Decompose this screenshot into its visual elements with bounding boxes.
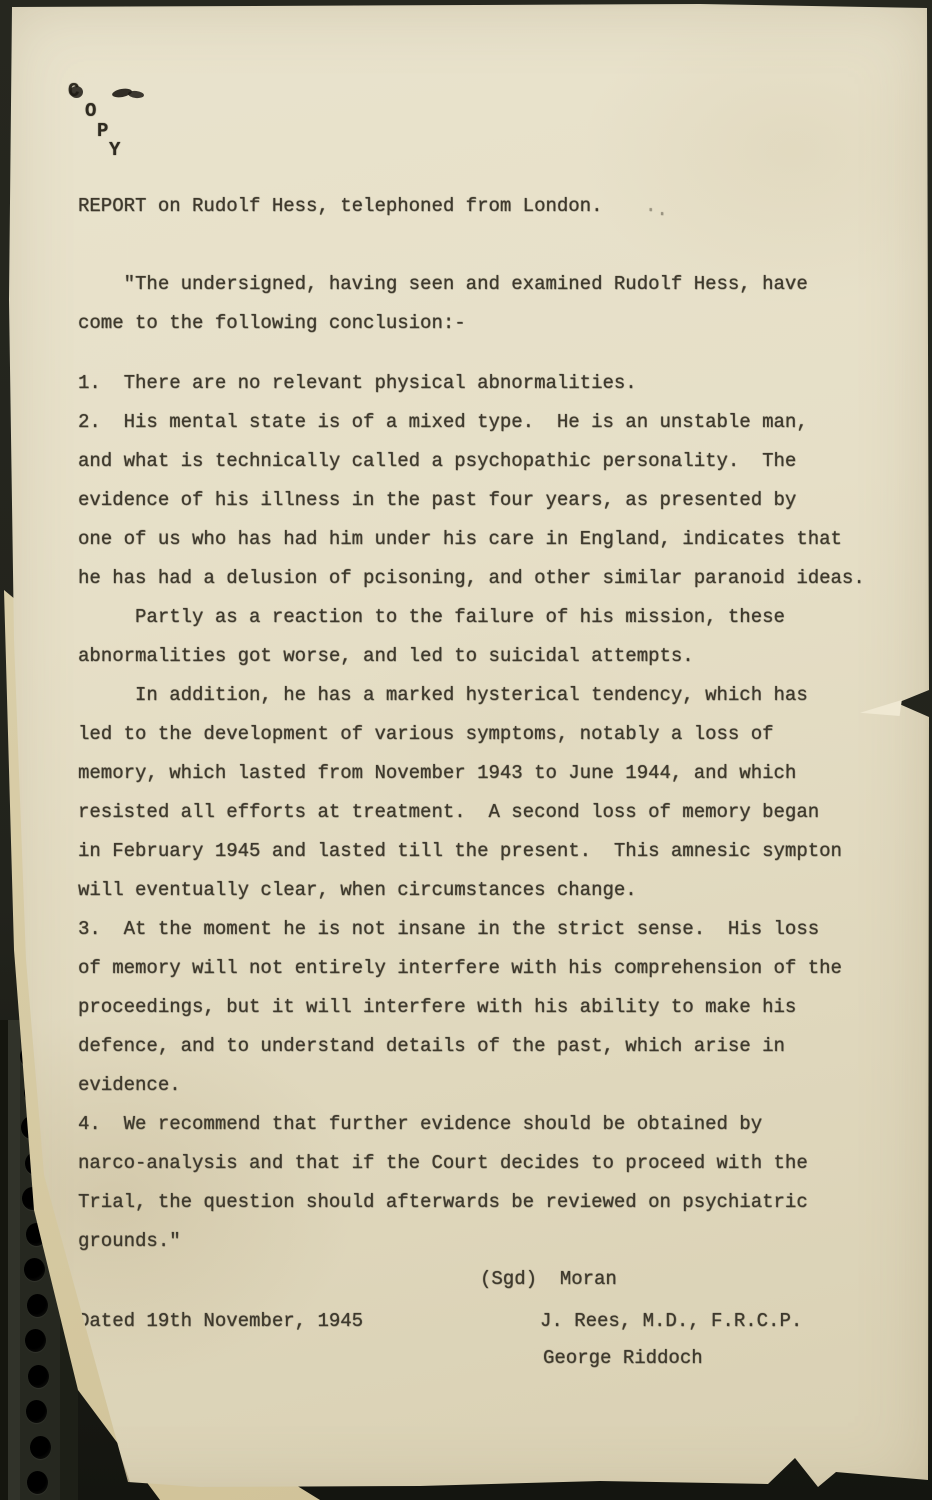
document-line: narco-analysis and that if the Court dec… <box>78 1144 898 1183</box>
document-line: abnormalities got worse, and led to suic… <box>78 637 898 676</box>
document-title: REPORT on Rudolf Hess, telephoned from L… <box>78 195 603 217</box>
document-line: 3. At the moment he is not insane in the… <box>78 910 898 949</box>
copy-stamp-letter: Y <box>109 139 120 161</box>
binding-hole <box>26 1400 47 1423</box>
document-line: evidence. <box>78 1066 898 1105</box>
document-line: memory, which lasted from November 1943 … <box>78 754 898 793</box>
binding-hole <box>30 1436 51 1459</box>
document-line: in February 1945 and lasted till the pre… <box>78 832 898 871</box>
document-line: come to the following conclusion:- <box>78 304 898 343</box>
document-line: led to the development of various sympto… <box>78 715 898 754</box>
ink-smudge <box>70 86 83 98</box>
document-line: defence, and to understand details of th… <box>78 1027 898 1066</box>
document-line: 4. We recommend that further evidence sh… <box>78 1105 898 1144</box>
document-line: Partly as a reaction to the failure of h… <box>78 598 898 637</box>
stray-mark: ·. <box>645 199 668 221</box>
binding-hole <box>25 1329 46 1352</box>
copy-stamp-letter: O <box>85 100 96 122</box>
document-line: one of us who has had him under his care… <box>78 520 898 559</box>
signature-sgd: (Sgd) Moran <box>480 1268 617 1290</box>
document-line: 1. There are no relevant physical abnorm… <box>78 364 898 403</box>
copy-stamp-letter: P <box>97 120 108 142</box>
line-spacer <box>78 343 898 364</box>
document-page: C O P Y REPORT on Rudolf Hess, telephone… <box>0 0 932 1500</box>
document-line: he has had a delusion of pcisoning, and … <box>78 559 898 598</box>
signature-date: Dated 19th November, 1945 <box>78 1310 363 1332</box>
document-line: proceedings, but it will interfere with … <box>78 988 898 1027</box>
document-line: "The undersigned, having seen and examin… <box>78 265 898 304</box>
signature-name-riddoch: George Riddoch <box>543 1347 703 1369</box>
binding-hole <box>28 1365 49 1388</box>
document-line: evidence of his illness in the past four… <box>78 481 898 520</box>
signature-name-rees: J. Rees, M.D., F.R.C.P. <box>540 1310 802 1332</box>
document-line: In addition, he has a marked hysterical … <box>78 676 898 715</box>
binding-hole <box>27 1471 48 1494</box>
document-line: grounds." <box>78 1222 898 1261</box>
document-line: of memory will not entirely interfere wi… <box>78 949 898 988</box>
document-line: and what is technically called a psychop… <box>78 442 898 481</box>
document-body: "The undersigned, having seen and examin… <box>78 265 898 1261</box>
ink-smudge <box>128 90 145 99</box>
desk-background: C O P Y REPORT on Rudolf Hess, telephone… <box>0 0 932 1500</box>
binding-hole <box>27 1294 48 1317</box>
document-line: will eventually clear, when circumstance… <box>78 871 898 910</box>
document-line: resisted all efforts at treatment. A sec… <box>78 793 898 832</box>
document-line: Trial, the question should afterwards be… <box>78 1183 898 1222</box>
binding-hole <box>24 1258 45 1281</box>
document-line: 2. His mental state is of a mixed type. … <box>78 403 898 442</box>
